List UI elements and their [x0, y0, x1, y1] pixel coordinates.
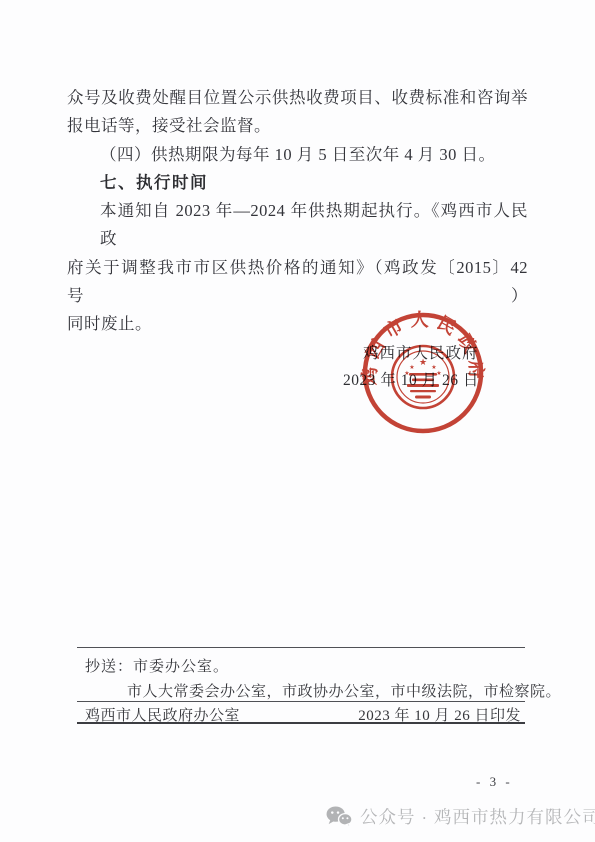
body-line: 本通知自 2023 年—2024 年供热期起执行。《鸡西市人民政	[67, 197, 528, 254]
document-page: 众号及收费处醒目位置公示供热收费项目、收费标准和咨询举 报电话等，接受社会监督。…	[0, 0, 595, 842]
svg-text:★: ★	[409, 364, 414, 371]
document-body: 众号及收费处醒目位置公示供热收费项目、收费标准和咨询举 报电话等，接受社会监督。…	[67, 84, 528, 339]
official-seal-icon: 鸡西市人民政府 ★ ★ ★ ★ ★	[353, 303, 493, 443]
svg-text:★: ★	[404, 370, 409, 377]
body-line: 报电话等，接受社会监督。	[67, 112, 528, 140]
cc-line-1: 抄送：市委办公室。	[85, 655, 229, 676]
svg-text:★: ★	[419, 357, 427, 367]
china-national-emblem-icon: ★ ★ ★ ★ ★	[392, 346, 454, 408]
footer-divider-middle	[77, 701, 525, 702]
wechat-icon	[325, 805, 353, 828]
footer-divider-top	[77, 647, 525, 648]
watermark-label: 公众号 · 鸡西市热力有限公司	[360, 804, 595, 829]
page-number: - 3 -	[476, 774, 513, 790]
body-line: 众号及收费处醒目位置公示供热收费项目、收费标准和咨询举	[67, 84, 528, 112]
body-line: （四）供热期限为每年 10 月 5 日至次年 4 月 30 日。	[67, 141, 528, 169]
body-line: 府关于调整我市市区供热价格的通知》（鸡政发〔2015〕42 号）	[67, 254, 528, 311]
cc-line-2: 市人大常委会办公室，市政协办公室，市中级法院，市检察院。	[127, 680, 561, 701]
watermark: 公众号 · 鸡西市热力有限公司	[325, 804, 595, 829]
svg-text:★: ★	[431, 364, 436, 371]
official-seal: 鸡西市人民政府 ★ ★ ★ ★ ★	[353, 303, 493, 443]
section-heading: 七、执行时间	[67, 169, 528, 197]
svg-text:★: ★	[436, 370, 441, 377]
footer-divider-bottom	[77, 722, 525, 724]
